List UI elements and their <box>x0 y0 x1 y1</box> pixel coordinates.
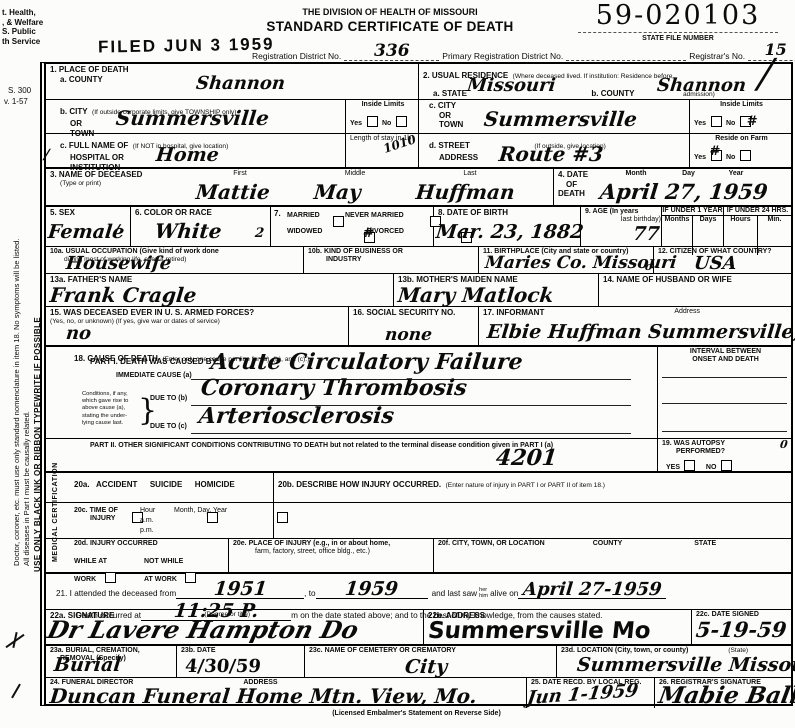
sex-label: 5. SEX <box>50 208 128 218</box>
field-marital-status: 7. MARRIED NEVER MARRIED WIDOWED # DIVOR… <box>271 207 434 246</box>
conditions-line: lying cause last. <box>82 420 128 427</box>
pm-label: p.m. <box>140 527 154 535</box>
never-married-label: NEVER MARRIED <box>345 212 404 220</box>
row-place-residence-b: b. CITY (If outside corporate limits, gi… <box>46 100 791 134</box>
father-value: Frank Cragle <box>49 285 198 305</box>
registrar-no-label: Registrar's No. <box>689 51 745 61</box>
age-label: 9. AGE (In years <box>585 208 661 216</box>
accident-label: ACCIDENT <box>96 480 137 489</box>
field-cause-of-death: 18. CAUSE OF DEATH (Enter only one cause… <box>46 347 658 438</box>
residence-inside-no-checkbox: # <box>740 116 751 127</box>
field-cemetery-name: 23c. NAME OF CEMETERY OR CREMATORY City <box>305 646 557 677</box>
place-injury-label: 20e. PLACE OF INJURY (e.g., in or about … <box>233 540 431 548</box>
margin-note-line: All diseases in Part I must be causally … <box>22 238 32 566</box>
autopsy-label1: 19. WAS AUTOPSY <box>662 440 789 448</box>
row-place-residence-c: / c. FULL NAME OF (If NOT in hospital, g… <box>46 134 791 169</box>
field-citizen-of: 12. CITIZEN OF WHAT COUNTRY? USA <box>654 247 791 273</box>
field-part2-conditions: PART II. OTHER SIGNIFICANT CONDITIONS CO… <box>46 439 658 471</box>
row-name-dod: 3. NAME OF DECEASED (Type or print) Firs… <box>46 169 791 207</box>
field-date-signed: 22c. DATE SIGNED 5-19-59 <box>692 610 791 644</box>
field-inside-limits-residence: Inside Limits Yes No # <box>690 100 791 133</box>
autopsy-no-checkbox <box>721 460 732 471</box>
injury-city-label: 20f. CITY, TOWN, OR LOCATION <box>438 540 545 548</box>
injury-occurred-label: 20d. INJURY OCCURRED <box>74 540 226 548</box>
attended-to-value: 1959 <box>344 580 399 599</box>
cause-c-value: Arteriosclerosis <box>198 405 395 427</box>
stray-mark: 0 <box>779 439 788 450</box>
race-value: White <box>154 221 223 241</box>
field-attended-statement: 21. I attended the deceased from 1951 , … <box>46 574 791 609</box>
field-accident-suicide-homicide: 20a. ACCIDENT SUICIDE HOMICIDE <box>46 473 274 502</box>
field-date-of-death: 4. DATE OF DEATH Month Day Year April 27… <box>554 169 791 205</box>
form-number: S. 300 <box>8 86 31 96</box>
spouse-label: 14. NAME OF HUSBAND OR WIFE <box>603 275 789 285</box>
state-label: a. STATE <box>433 89 467 98</box>
interval-c-line <box>662 431 787 432</box>
autopsy-yes-checkbox <box>684 460 695 471</box>
age-value: 77 <box>632 225 660 244</box>
last-name-value: Huffman <box>415 182 516 202</box>
margin-note-nomenclature: Doctor, coroner, etc. must use only stan… <box>12 238 33 566</box>
marital-num: 7. <box>274 209 281 219</box>
field-armed-forces: 15. WAS DECEASED EVER IN U. S. ARMED FOR… <box>46 307 349 345</box>
suicide-label: SUICIDE <box>150 480 182 489</box>
interval-b-line <box>662 403 787 404</box>
field-place-of-death-county: 1. PLACE OF DEATH a. COUNTY Shannon <box>46 64 419 99</box>
yes-label: Yes <box>694 120 706 127</box>
field-injury-city-county-state: 20f. CITY, TOWN, OR LOCATION COUNTY STAT… <box>434 539 791 572</box>
stray-mark: / <box>43 148 50 162</box>
field-street-address: 1010 d. STREET (If outside, give locatio… <box>419 134 690 167</box>
checkbox-mark: # <box>710 144 721 159</box>
field-burial-date: 23b. DATE 4/30/59 <box>177 646 305 677</box>
field-usual-occupation: 10a. USUAL OCCUPATION (Give kind of work… <box>46 247 304 273</box>
field-describe-injury: 20b. DESCRIBE HOW INJURY OCCURRED. (Ente… <box>274 473 791 502</box>
street-label: d. STREET <box>429 141 470 150</box>
divorced-label: DIVORCED <box>367 228 404 236</box>
married-label: MARRIED <box>287 212 320 220</box>
part2-value: 4201 <box>495 447 559 469</box>
row-forces-ssn-informant: 15. WAS DECEASED EVER IN U. S. ARMED FOR… <box>46 307 791 347</box>
dob-label: 8. DATE OF BIRTH <box>438 208 578 218</box>
informant-value: Elbie Huffman Summersville, Mo. Rt3 <box>486 323 795 342</box>
primary-registration-label: Primary Registration District No. <box>442 51 563 61</box>
alive-on-blank: April 27-1959 <box>518 579 666 599</box>
residence-state-value: Missouri <box>466 77 556 95</box>
row-funeral-registrar: 24. FUNERAL DIRECTOR ADDRESS Duncan Fune… <box>46 678 791 708</box>
interval-label2: ONSET AND DEATH <box>662 356 789 364</box>
business-label: 10b. KIND OF BUSINESS OR <box>308 248 476 256</box>
physician-address-value: Summersville Mo <box>427 620 652 643</box>
stray-mark: 2 <box>254 227 264 240</box>
alive-on-value: April 27-1959 <box>522 581 663 599</box>
row-time-of-injury: 20c. TIME OF INJURY Hour a.m. p.m. Month… <box>46 503 791 539</box>
no-label: No <box>382 120 391 127</box>
field-physician-signature: 22a. SIGNATURE (Degree or title) Dr Lave… <box>46 610 424 644</box>
burial-date-value: 4/30/59 <box>184 658 262 676</box>
middle-name-value: May <box>313 182 362 202</box>
inside-limits-no-checkbox <box>396 116 407 127</box>
date-received-value: Jun 1-1959 <box>526 682 639 708</box>
county-value: Shannon <box>195 75 286 93</box>
field-city-or-town-residence: c. CITY OR TOWN Summersville <box>419 100 690 133</box>
field-social-security: 16. SOCIAL SECURITY NO. none <box>349 307 479 345</box>
street-value: Route #3 <box>498 144 604 164</box>
state-file-number-value: 59-020103 <box>578 0 778 33</box>
ssn-label: 16. SOCIAL SECURITY NO. <box>353 308 476 318</box>
certificate-form: 1. PLACE OF DEATH a. COUNTY Shannon 2. U… <box>40 62 793 706</box>
registration-line: Registration District No. 336 Primary Re… <box>252 42 791 61</box>
type-or-print: (Type or print) <box>60 180 180 188</box>
married-checkbox <box>333 216 344 227</box>
immediate-cause-label: IMMEDIATE CAUSE (a) <box>116 372 192 380</box>
margin-note-line: Doctor, coroner, etc. must use only stan… <box>12 238 22 566</box>
registration-district-blank: 336 <box>344 42 439 61</box>
field-place-of-injury: 20e. PLACE OF INJURY (e.g., in or about … <box>229 539 434 572</box>
burial-date-label: 23b. DATE <box>181 647 302 655</box>
reside-on-farm-label: Reside on Farm <box>694 135 789 143</box>
state-file-number-block: 59-020103 STATE FILE NUMBER <box>578 0 778 43</box>
him-label: him <box>479 593 488 599</box>
row-sex-race-dob-age: 5. SEX Female / 6. COLOR OR RACE White 2… <box>46 207 791 247</box>
death-certificate-scan: t. Health, , & Welfare S. Public th Serv… <box>0 0 795 728</box>
field-color-or-race: 6. COLOR OR RACE White 2 <box>131 207 271 246</box>
date-signed-value: 5-19-59 <box>695 619 788 640</box>
field-injury-occurred: 20d. INJURY OCCURRED WHILE AT WORK NOT W… <box>46 539 229 572</box>
field-cemetery-location: 23d. LOCATION (City, town, or county) (S… <box>557 646 791 677</box>
row-accident-injury: 20a. ACCIDENT SUICIDE HOMICIDE 20b. DESC… <box>46 473 791 503</box>
yes-label: Yes <box>350 120 362 127</box>
field-date-received: 25. DATE RECD. BY LOCAL REG. Jun 1-1959 <box>527 678 655 708</box>
not-while-label: NOT WHILE <box>144 558 183 565</box>
under-1-year-label: IF UNDER 1 YEAR <box>662 207 723 216</box>
part2-label: PART II. OTHER SIGNIFICANT CONDITIONS CO… <box>90 442 655 450</box>
inside-limits-label: Inside Limits <box>694 101 789 109</box>
field-time-of-injury: 20c. TIME OF INJURY Hour a.m. p.m. Month… <box>46 503 274 538</box>
row-occupation-birthplace: 10a. USUAL OCCUPATION (Give kind of work… <box>46 247 791 274</box>
due-to-c-label: DUE TO (c) <box>150 423 187 431</box>
field-reside-on-farm: Reside on Farm Yes # No <box>690 134 791 167</box>
field-registrar-signature: 26. REGISTRAR'S SIGNATURE Mabie Ball <box>655 678 791 708</box>
inside-limits-label: Inside Limits <box>350 101 416 109</box>
registration-district-label: Registration District No. <box>252 51 341 61</box>
row-part2-autopsy: PART II. OTHER SIGNIFICANT CONDITIONS CO… <box>46 439 791 473</box>
field-funeral-director: 24. FUNERAL DIRECTOR ADDRESS Duncan Fune… <box>46 678 527 708</box>
interval-a-line <box>662 377 787 378</box>
dod-label1: 4. DATE <box>558 170 606 180</box>
division-line: THE DIVISION OF HEALTH OF MISSOURI <box>235 7 545 17</box>
residence-county-label: b. COUNTY <box>591 89 634 98</box>
last-saw-label: and last saw <box>432 589 478 599</box>
conditions-line: stating the under- <box>82 413 128 420</box>
alive-on-label: alive on <box>490 589 518 599</box>
ssn-value: none <box>384 327 433 344</box>
form-revision: v. 1-57 <box>4 97 28 107</box>
field-burial-type: 23a. BURIAL, CREMATION, REMOVAL (Specify… <box>46 646 177 677</box>
interval-label1: INTERVAL BETWEEN <box>662 348 789 356</box>
field-fathers-name: 13a. FATHER'S NAME Frank Cragle <box>46 274 394 306</box>
row-physician-signature: 22a. SIGNATURE (Degree or title) Dr Lave… <box>46 610 791 646</box>
informant-address-label: Address <box>674 308 700 318</box>
checkbox-mark: # <box>747 114 758 129</box>
describe-injury-paren: (Enter nature of injury in PART I or PAR… <box>446 482 605 489</box>
attended-from-value: 1951 <box>213 580 268 599</box>
am-label: a.m. <box>140 517 154 525</box>
autopsy-label2: PERFORMED? <box>676 448 789 456</box>
no-label: No <box>726 154 735 161</box>
row-parents-spouse: 13a. FATHER'S NAME Frank Cragle 13b. MOT… <box>46 274 791 307</box>
attended-pre: 21. I attended the deceased from <box>56 589 176 599</box>
field-birthplace: 11. BIRTHPLACE (City and state or countr… <box>479 247 654 273</box>
stray-pen-mark <box>11 684 21 699</box>
page-title: STANDARD CERTIFICATE OF DEATH <box>235 19 545 34</box>
first-name-value: Mattie <box>195 182 271 202</box>
field-date-of-birth: 8. DATE OF BIRTH Mar. 23, 1882 <box>434 207 581 246</box>
row-cause-of-death: 18. CAUSE OF DEATH (Enter only one cause… <box>46 347 791 439</box>
registrar-signature-value: Mabie Ball <box>657 684 795 707</box>
field-autopsy: 19. WAS AUTOPSY PERFORMED? YES NO 0 <box>658 439 791 471</box>
residence-county-value: Shannon <box>656 77 747 95</box>
city-value: Summersville <box>115 108 270 128</box>
field-time-of-injury-blank <box>274 503 791 538</box>
field-husband-or-wife: 14. NAME OF HUSBAND OR WIFE <box>599 274 791 306</box>
cemetery-value: City <box>404 658 448 677</box>
row-attended: 21. I attended the deceased from 1951 , … <box>46 574 791 610</box>
injury-county-label: COUNTY <box>593 540 623 548</box>
row-place-residence-a: 1. PLACE OF DEATH a. COUNTY Shannon 2. U… <box>46 64 791 100</box>
field-city-or-town-death: b. CITY (If outside corporate limits, gi… <box>46 100 346 133</box>
field-name-of-deceased: 3. NAME OF DECEASED (Type or print) Firs… <box>46 169 554 205</box>
conditions-note: Conditions, if any, which gave rise to a… <box>82 391 128 427</box>
field-informant: 17. INFORMANT Address Elbie Huffman Summ… <box>479 307 791 345</box>
injury-state-label: STATE <box>694 540 716 548</box>
informant-label: 17. INFORMANT <box>483 308 544 318</box>
row-burial: 23a. BURIAL, CREMATION, REMOVAL (Specify… <box>46 646 791 678</box>
occupation-value: Housewife <box>65 255 172 273</box>
forces-sub: (Yes, no, or unknown) (If yes, give war … <box>50 318 346 326</box>
time-injury-label2: INJURY <box>90 515 115 523</box>
field-age: 9. AGE (In years last birthday) 77 <box>581 207 662 246</box>
cemetery-label: 23c. NAME OF CEMETERY OR CREMATORY <box>309 647 554 655</box>
homicide-label: HOMICIDE <box>195 480 235 489</box>
field-usual-residence-state-county: 2. USUAL RESIDENCE (Where deceased lived… <box>419 64 791 99</box>
field-inside-limits-death: Inside Limits Yes No <box>346 100 419 133</box>
dob-value: Mar. 23, 1882 <box>435 223 584 242</box>
race-label: 6. COLOR OR RACE <box>135 208 268 218</box>
city-label: b. CITY <box>60 107 88 116</box>
field-if-under-24-hrs: IF UNDER 24 HRS. Hours Min. <box>724 207 791 246</box>
field-mothers-maiden-name: 13b. MOTHER'S MAIDEN NAME Mary Matlock <box>394 274 599 306</box>
attended-to-label: , to <box>304 589 315 599</box>
field-interval-onset-death: INTERVAL BETWEEN ONSET AND DEATH <box>658 347 791 438</box>
physician-signature-value: Dr Lavere Hampton Do <box>45 618 361 642</box>
field-if-under-1-year: IF UNDER 1 YEAR Months Days <box>662 207 724 246</box>
field-physician-address: 22b. ADDRESS Summersville Mo <box>424 610 692 644</box>
her-label: her <box>479 587 488 593</box>
time-injury-label: 20c. TIME OF <box>74 507 118 515</box>
cause-a-value: Acute Circulatory Failure <box>210 351 524 373</box>
forces-value: no <box>65 325 92 343</box>
agency-fragments: t. Health, , & Welfare S. Public th Serv… <box>2 8 43 46</box>
stray-mark: o <box>644 261 652 272</box>
cemetery-location-value: Summersville Missouri <box>576 656 795 675</box>
hospital-value: Home <box>155 146 220 165</box>
attended-to-blank: 1959 <box>316 578 428 599</box>
conditions-line: above cause (a), <box>82 405 128 412</box>
inside-limits-yes-checkbox <box>367 116 378 127</box>
due-to-b-label: DUE TO (b) <box>150 395 187 403</box>
field-kind-of-business: 10b. KIND OF BUSINESS OR INDUSTRY <box>304 247 479 273</box>
dod-value: April 27, 1959 <box>599 181 769 202</box>
agency-line: th Service <box>2 37 43 47</box>
while-at-label: WHILE AT <box>74 558 107 565</box>
describe-injury-label: 20b. DESCRIBE HOW INJURY OCCURRED. <box>278 480 441 489</box>
conditions-line: Conditions, if any, <box>82 391 128 398</box>
field-hospital-institution: / c. FULL NAME OF (If NOT in hospital, g… <box>46 134 346 167</box>
citizen-value: USA <box>693 255 738 273</box>
agency-line: , & Welfare <box>2 18 43 28</box>
under-24-hrs-label: IF UNDER 24 HRS. <box>724 207 791 216</box>
accident-num: 20a. <box>74 480 90 489</box>
business-label2: INDUSTRY <box>326 256 476 264</box>
her-him-stack: her him <box>479 587 488 599</box>
no-label: No <box>726 120 735 127</box>
mother-value: Mary Matlock <box>397 285 555 305</box>
agency-line: t. Health, <box>2 8 43 18</box>
farm-no-checkbox <box>740 150 751 161</box>
no-label: NO <box>706 464 717 471</box>
yes-label: YES <box>666 464 680 471</box>
burial-value: Burial <box>53 656 122 675</box>
primary-registration-blank <box>566 60 686 61</box>
cause-b-value: Coronary Thrombosis <box>200 377 468 399</box>
registration-district-value: 336 <box>374 41 410 61</box>
row-injury-place: 20d. INJURY OCCURRED WHILE AT WORK NOT W… <box>46 539 791 574</box>
attended-from-blank: 1951 <box>176 578 304 599</box>
field-sex: 5. SEX Female / <box>46 207 131 246</box>
forces-label: 15. WAS DECEASED EVER IN U. S. ARMED FOR… <box>50 308 346 318</box>
widowed-label: WIDOWED <box>287 228 322 236</box>
yes-label: Yes <box>694 154 706 161</box>
embalmer-footer-note: (Licensed Embalmer's Statement on Revers… <box>40 710 793 718</box>
funeral-director-value: Duncan Funeral Home Mtn. View, Mo. <box>49 686 478 706</box>
residence-city-value: Summersville <box>483 109 638 129</box>
name-label: 3. NAME OF DECEASED <box>50 170 180 180</box>
mdy-label: Month, Day, Year <box>174 507 227 515</box>
cause-c-line: Arteriosclerosis <box>191 409 631 434</box>
filed-date-stamp: FILED JUN 3 1959 <box>98 34 275 57</box>
agency-line: S. Public <box>2 27 43 37</box>
conditions-line: which gave rise to <box>82 398 128 405</box>
place-injury-label2: farm, factory, street, office bldg., etc… <box>255 548 431 556</box>
header-titles: THE DIVISION OF HEALTH OF MISSOURI STAND… <box>235 7 545 34</box>
residence-inside-yes-checkbox <box>711 116 722 127</box>
hour-label: Hour <box>140 507 155 515</box>
hospital-label: c. FULL NAME OF <box>60 141 128 150</box>
farm-yes-checkbox: # <box>711 150 722 161</box>
